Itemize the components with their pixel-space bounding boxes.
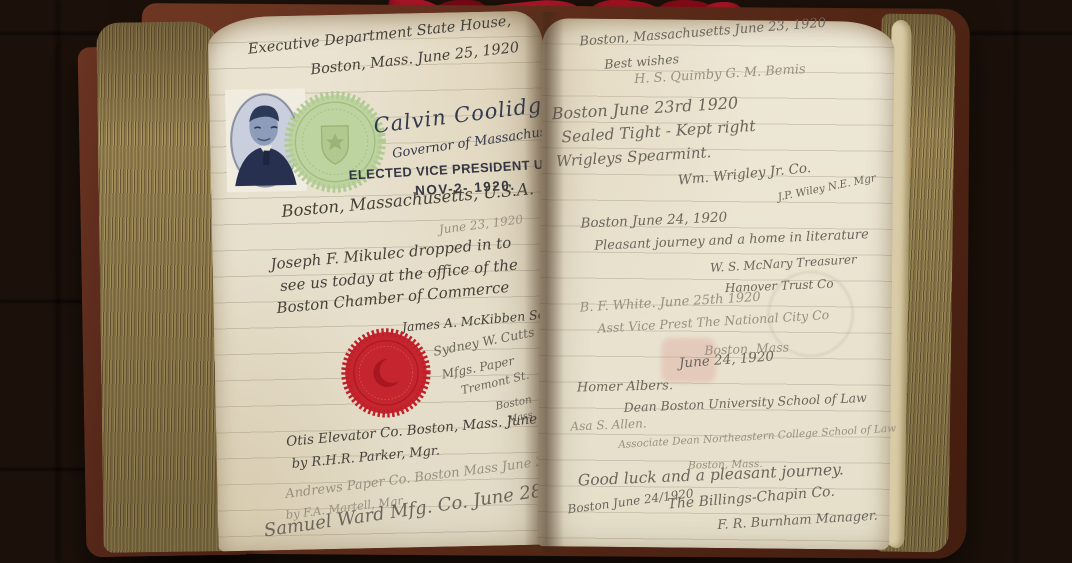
entry-quimby-line1: Boston, Massachusetts June 23, 1920 [579,17,826,49]
book-gutter-shadow [524,12,564,552]
entry-wrigley-line4: Wm. Wrigley Jr. Co. [677,162,811,188]
entry-mcnary-line1: Boston June 24, 1920 [580,211,727,231]
entry-albers-line1: Homer Albers. [577,379,673,394]
entry-allen-line2: Associate Dean Northeastern College Scho… [618,423,897,450]
entry-wrigley-line2: Sealed Tight - Kept right [561,119,756,146]
left-page: Executive Department State House, Boston… [207,11,553,552]
entry-quimby-line2: Best wishes [604,53,680,71]
entry-mcnary-line2: Pleasant journey and a home in literatur… [594,228,869,252]
wood-plank-seam [1014,0,1018,563]
entry-wrigley-line3: Wrigleys Spearmint. [556,145,712,169]
boston-chamber-of-commerce-red-seal [338,325,434,421]
entry-otis-line2: by R.H.R. Parker, Mgr. [291,444,440,470]
entry-boston-usa-date: June 23, 1920 [438,213,523,236]
entry-allen-line1: Asa S. Allen. [570,417,647,432]
entry-white-line1: B. F. White. June 25th 1920 [579,291,761,315]
right-page: Boston, Massachusetts June 23, 1920 Best… [537,18,895,550]
wood-plank-seam [56,0,60,563]
photo-scene: Executive Department State House, Boston… [0,0,1072,563]
entry-wrigley-line1: Boston June 23rd 1920 [551,95,738,122]
entry-albers-line2: Dean Boston University School of Law [623,392,867,415]
entry-billings-line3: F. R. Burnham Manager. [717,510,878,532]
entry-mcnary-line3: W. S. McNary Treasurer [710,253,857,274]
entry-cutts-line1: Sydney W. Cutts [432,326,535,358]
